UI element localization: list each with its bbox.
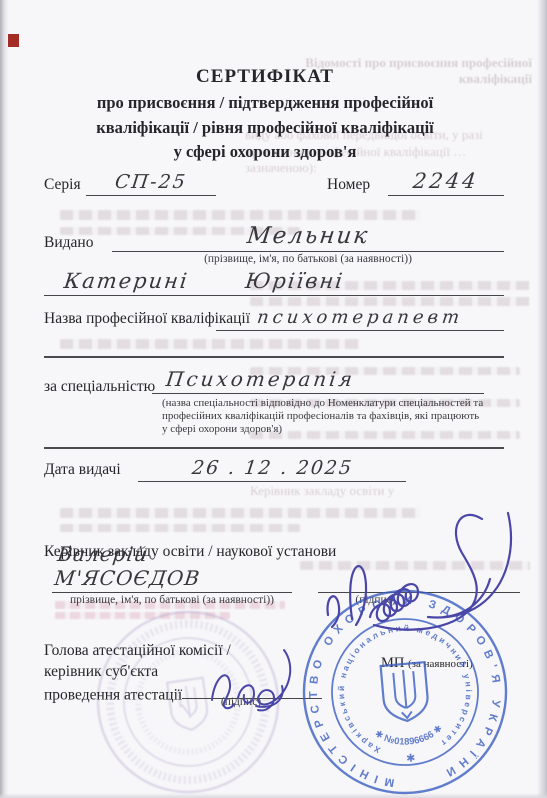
certificate-title: СЕРТИФІКАТ	[40, 66, 490, 88]
divider-rule	[44, 356, 504, 358]
specialty-caption-line-2: професійних кваліфікацій професіоналів т…	[162, 410, 494, 423]
issued-label: Видано	[44, 234, 93, 252]
stamp-trident-icon	[393, 669, 417, 719]
issue-date-label: Дата видачі	[44, 461, 121, 479]
series-label: Серія	[44, 176, 81, 194]
bleed-line: Керівник закладу освіти у	[250, 483, 530, 499]
head-name-caption: прізвище, ім'я, по батькові (за наявност…	[52, 594, 292, 606]
scan-artifact-mark	[8, 34, 19, 47]
issue-date-value: 26 . 12 . 2025	[190, 457, 354, 481]
commission-signature-ink	[198, 642, 306, 716]
bleed-strip	[60, 339, 360, 349]
specialty-caption-line-1: (назва спеціальності відповідно до Номен…	[162, 397, 494, 410]
subtitle-line-2: кваліфікації / рівня професійної кваліфі…	[40, 116, 490, 141]
issued-given-names: Катерині Юріївні	[42, 269, 345, 295]
svg-text:✱ №01896666 ✱: ✱ №01896666 ✱	[372, 723, 446, 751]
issued-line: Мельник	[112, 211, 504, 252]
number-value: 2244	[412, 169, 481, 195]
specialty-caption: (назва спеціальності відповідно до Номен…	[162, 397, 494, 436]
stamp-bottom-star: ✱	[406, 752, 416, 765]
issue-date-line: 26 . 12 . 2025	[138, 450, 406, 482]
series-value: СП-25	[114, 171, 189, 195]
issued-surname: Мельник	[245, 223, 370, 251]
specialty-value: Психотерапія	[150, 367, 356, 393]
bleed-strip	[60, 524, 300, 532]
certificate-subtitle: про присвоєння / підтвердження професійн…	[40, 91, 490, 165]
head-name-line: Валерій М'ЯСОЄДОВ	[52, 558, 292, 593]
head-name: Валерій М'ЯСОЄДОВ	[49, 542, 295, 592]
specialty-caption-line-3: у сфері охорони здоров'я)	[162, 423, 494, 436]
stamp-number-text: ✱ №01896666 ✱	[372, 723, 446, 751]
qualification-line: психотерапевт	[216, 300, 504, 331]
subtitle-line-1: про присвоєння / підтвердження професійн…	[40, 91, 490, 116]
qualification-value: психотерапевт	[256, 307, 465, 330]
specialty-label: за спеціальністю	[44, 378, 155, 396]
issued-line-2: Катерині Юріївні	[44, 258, 504, 296]
head-signature-ink	[318, 503, 518, 633]
series-line: СП-25	[86, 157, 216, 196]
scan-edge-right	[537, 0, 547, 798]
scan-edge-left	[0, 0, 9, 798]
number-line: 2244	[388, 155, 504, 196]
number-label: Номер	[327, 176, 370, 194]
specialty-line: Психотерапія	[152, 366, 484, 394]
certificate-page: Відомості про присвоєння професійної ква…	[0, 0, 547, 798]
divider-rule	[44, 447, 504, 449]
